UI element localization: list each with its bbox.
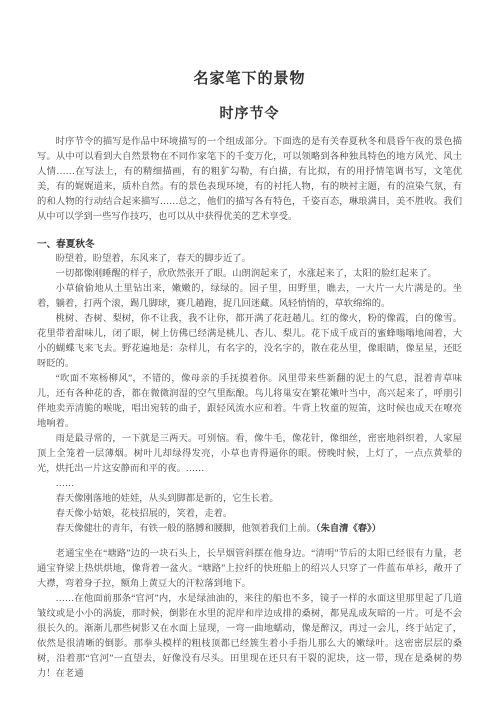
- source-citation: （朱自清《春》）: [316, 524, 381, 534]
- excerpt-paragraph: 桃树、杏树、梨树，你不让我，我不让你，都开满了花赶趟儿。红的像火，粉的像霞，白的…: [37, 312, 462, 372]
- excerpt-paragraph: 小草偷偷地从土里钻出来，嫩嫩的，绿绿的。园子里，田野里，瞧去，一大片一大片满是的…: [37, 282, 462, 312]
- excerpt-paragraph: 一切都像刚睡醒的样子，欣欣然张开了眼。山朗润起来了，水涨起来了，太阳的脸红起来了…: [37, 267, 462, 282]
- document-page: 名家笔下的景物 时序节令 时序节令的描写是作品中环境描写的一个组成部分。下面选的…: [0, 0, 499, 706]
- spring-excerpt: 盼望着，盼望着，东风来了，春天的脚步近了。 一切都像刚睡醒的样子，欣欣然张开了眼…: [37, 252, 462, 537]
- excerpt-paragraph: 春天像刚落地的娃娃，从头到脚都是新的，它生长着。: [37, 492, 462, 507]
- excerpt-paragraph: ……在他面前那条“官河”内，水是绿油油的，来往的船也不多，镜子一样的水面这里那里…: [37, 592, 462, 682]
- intro-paragraph: 时序节令的描写是作品中环境描写的一个组成部分。下面选的是有关春夏秋冬和晨昏午夜的…: [37, 135, 462, 225]
- excerpt-closing-line: 春天像健壮的青年，有铁一般的胳膊和腰脚，他领着我们上前。: [56, 524, 316, 534]
- silkworm-excerpt: 老通宝坐在“塘路”边的一块石头上，长旱烟管斜摆在他身边。“清明”节后的太阳已经很…: [37, 547, 462, 682]
- document-title: 名家笔下的景物: [37, 70, 462, 88]
- excerpt-ellipsis-line: ……: [37, 477, 462, 492]
- subsection-heading: 一、春夏秋冬: [37, 237, 462, 252]
- excerpt-paragraph: 春天像健壮的青年，有铁一般的胳膊和腰脚，他领着我们上前。（朱自清《春》）: [37, 522, 462, 537]
- section-title: 时序节令: [37, 106, 462, 123]
- excerpt-paragraph: 盼望着，盼望着，东风来了，春天的脚步近了。: [37, 252, 462, 267]
- excerpt-paragraph: 老通宝坐在“塘路”边的一块石头上，长旱烟管斜摆在他身边。“清明”节后的太阳已经很…: [37, 547, 462, 592]
- excerpt-paragraph: “吹面不寒杨柳风”，不错的，像母亲的手抚摸着你。风里带来些新翻的泥土的气息，混着…: [37, 372, 462, 432]
- excerpt-paragraph: 春天像小姑娘，花枝招展的，笑着，走着。: [37, 507, 462, 522]
- excerpt-paragraph: 雨是最寻常的，一下就是三两天。可别恼。看，像牛毛，像花针，像细丝，密密地斜织着，…: [37, 432, 462, 477]
